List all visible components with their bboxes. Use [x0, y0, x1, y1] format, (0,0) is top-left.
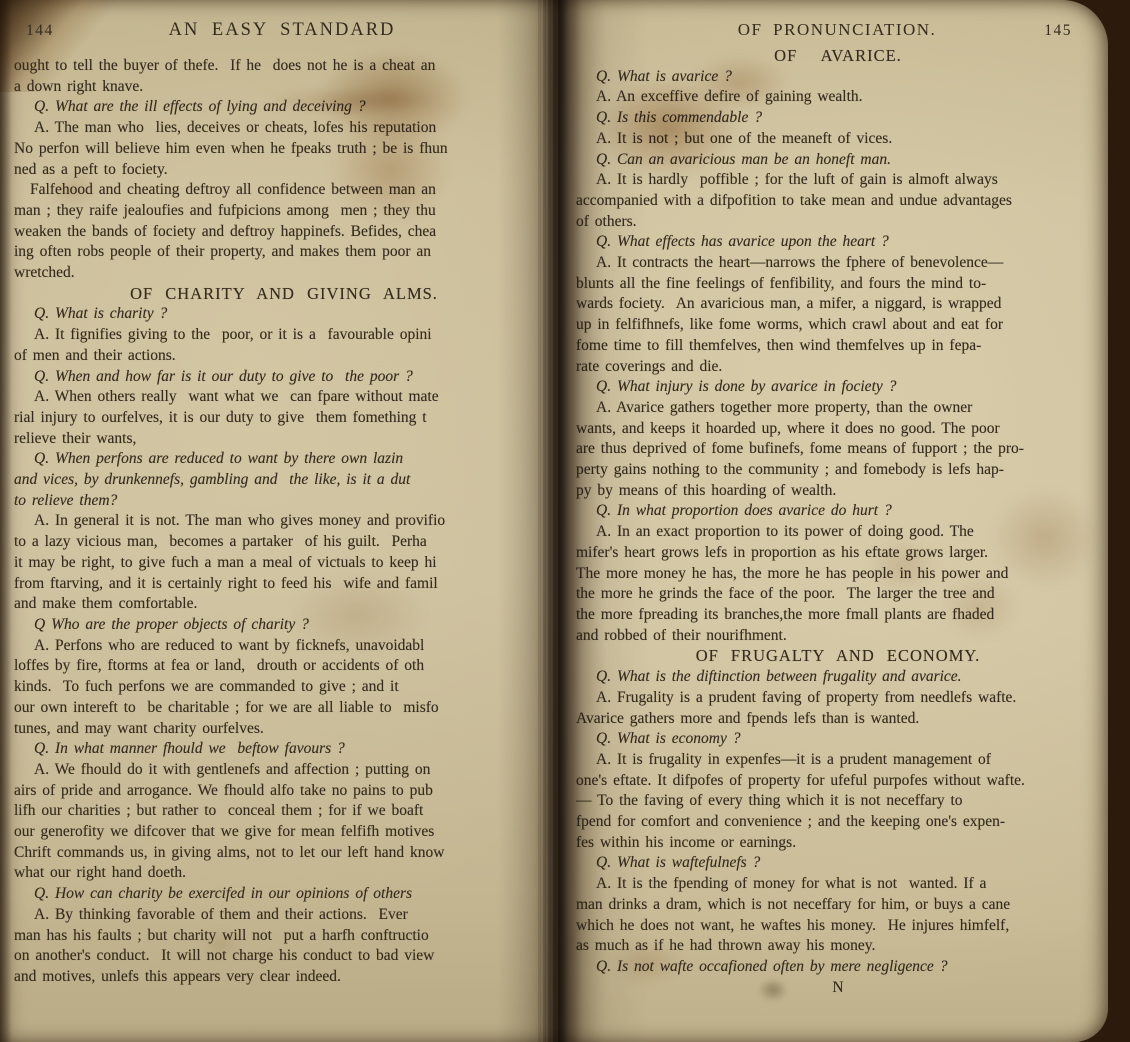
text-block-q: Q. When perfons are reduced to want by t… — [14, 449, 554, 511]
text-block-heading: OF FRUGALTY AND ECONOMY. — [576, 646, 1100, 667]
running-title-left: AN EASY STANDARD — [14, 20, 550, 41]
text-block-a: A. When others really want what we can f… — [14, 387, 554, 449]
text-block-q: Q. How can charity be exercifed in our o… — [14, 884, 554, 905]
text-block-heading: OF AVARICE. — [576, 46, 1100, 67]
text-block-a: A. Avarice gathers together more propert… — [576, 398, 1100, 502]
page-number-right: 145 — [1044, 22, 1072, 40]
left-page-header: 144 AN EASY STANDARD — [14, 20, 550, 46]
text-block-a: A. By thinking favorable of them and the… — [14, 905, 554, 988]
text-block-a: A. Perfons who are reduced to want by fi… — [14, 636, 554, 740]
text-block-a: A. It is the fpending of money for what … — [576, 874, 1100, 957]
text-block-q: Q. Can an avaricious man be an honeft ma… — [576, 150, 1100, 171]
text-block-a: A. We fhould do it with gentlenefs and a… — [14, 760, 554, 884]
book-scan: 144 AN EASY STANDARD ought to tell the b… — [0, 0, 1130, 1042]
text-block-q: Q. Is not wafte occafioned often by mere… — [576, 957, 1100, 978]
text-block-q: Q. What is the diftinction between fruga… — [576, 667, 1100, 688]
text-block-a: A. The man who lies, deceives or cheats,… — [14, 118, 554, 180]
text-block-a: A. It fignifies giving to the poor, or i… — [14, 325, 554, 366]
text-block-a: A. It contracts the heart—narrows the fp… — [576, 253, 1100, 377]
right-page-header: OF PRONUNCIATION. 145 — [576, 20, 1098, 46]
text-block-a: A. An exceffive defire of gaining wealth… — [576, 87, 1100, 108]
text-block-q: Q. What is economy ? — [576, 729, 1100, 750]
running-title-right: OF PRONUNCIATION. — [576, 20, 1098, 40]
text-block-q: Q. What is waftefulnefs ? — [576, 853, 1100, 874]
text-block-q: Q. What are the ill effects of lying and… — [14, 97, 554, 118]
right-page-text: OF AVARICE.Q. What is avarice ?A. An exc… — [576, 46, 1100, 1026]
text-block-signature: N — [576, 978, 1100, 999]
text-block-q: Q. In what manner fhould we beftow favou… — [14, 739, 554, 760]
right-page: OF PRONUNCIATION. 145 OF AVARICE.Q. What… — [562, 0, 1108, 1042]
text-block-a: A. In an exact proportion to its power o… — [576, 522, 1100, 646]
text-block-heading: OF CHARITY AND GIVING ALMS. — [14, 284, 554, 305]
text-block-q: Q. In what proportion does avarice do hu… — [576, 501, 1100, 522]
text-block-q: Q. What is charity ? — [14, 304, 554, 325]
text-block-a: A. It is frugality in expenfes—it is a p… — [576, 750, 1100, 854]
text-block-q: Q. What injury is done by avarice in foc… — [576, 377, 1100, 398]
text-block-a: A. In general it is not. The man who giv… — [14, 511, 554, 615]
left-page: 144 AN EASY STANDARD ought to tell the b… — [0, 0, 562, 1042]
text-block-a: A. It is not ; but one of the meaneft of… — [576, 129, 1100, 150]
text-block-continuation: ought to tell the buyer of thefe. If he … — [14, 56, 554, 97]
left-page-text: ought to tell the buyer of thefe. If he … — [14, 56, 554, 1006]
text-block-paragraph: Falfehood and cheating deftroy all confi… — [14, 180, 554, 284]
text-block-q: Q. When and how far is it our duty to gi… — [14, 367, 554, 388]
text-block-q: Q. What effects has avarice upon the hea… — [576, 232, 1100, 253]
page-number-left: 144 — [26, 22, 54, 40]
text-block-a: A. It is hardly poffible ; for the luft … — [576, 170, 1100, 232]
text-block-q: Q. Is this commendable ? — [576, 108, 1100, 129]
text-block-a: A. Frugality is a prudent faving of prop… — [576, 688, 1100, 729]
text-block-q: Q. What is avarice ? — [576, 67, 1100, 88]
text-block-q: Q Who are the proper objects of charity … — [14, 615, 554, 636]
